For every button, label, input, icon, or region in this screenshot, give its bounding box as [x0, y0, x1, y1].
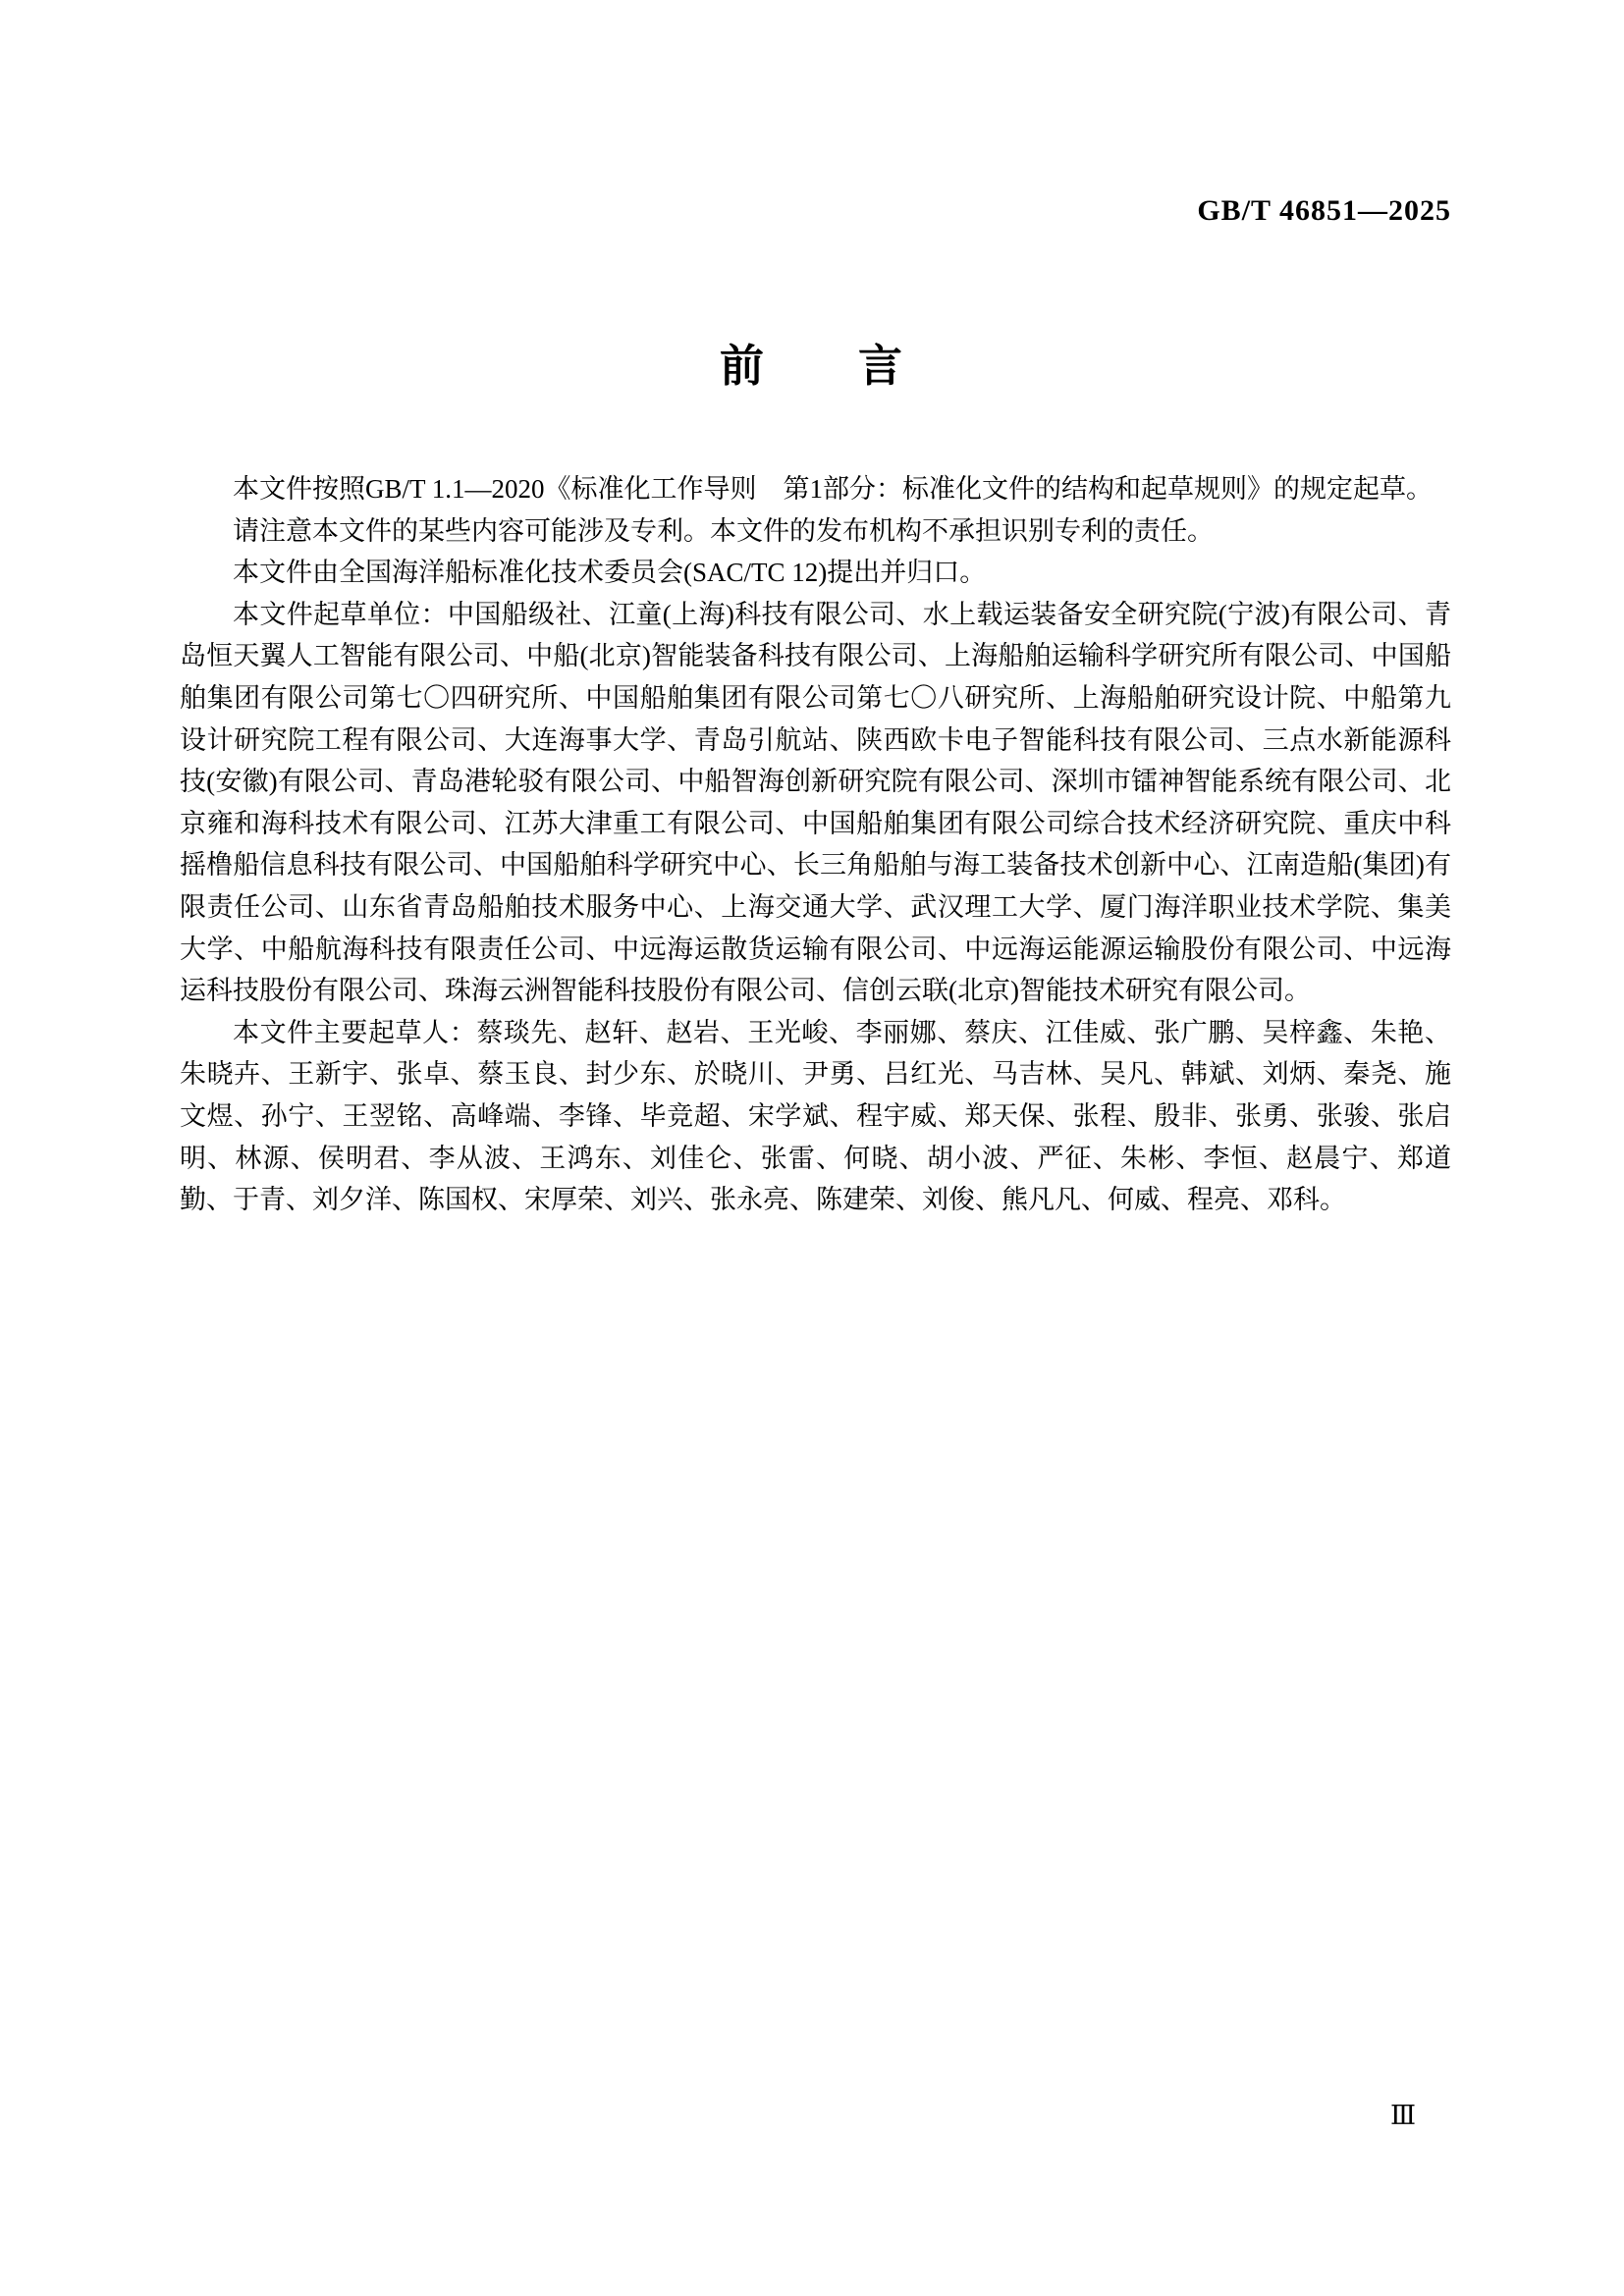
- paragraph-patent-notice: 请注意本文件的某些内容可能涉及专利。本文件的发布机构不承担识别专利的责任。: [180, 510, 1451, 553]
- foreword-content: 本文件按照GB/T 1.1—2020《标准化工作导则 第1部分：标准化文件的结构…: [180, 468, 1451, 1221]
- paragraph-drafting-basis: 本文件按照GB/T 1.1—2020《标准化工作导则 第1部分：标准化文件的结构…: [180, 468, 1451, 510]
- page-number: Ⅲ: [1390, 2101, 1416, 2131]
- paragraph-drafting-organizations: 本文件起草单位：中国船级社、江童(上海)科技有限公司、水上载运装备安全研究院(宁…: [180, 594, 1451, 1012]
- paragraph-main-drafters: 本文件主要起草人：蔡琰先、赵轩、赵岩、王光峻、李丽娜、蔡庆、江佳威、张广鹏、吴梓…: [180, 1012, 1451, 1221]
- standard-code: GB/T 46851—2025: [1197, 194, 1451, 228]
- document-page: GB/T 46851—2025 前 言 本文件按照GB/T 1.1—2020《标…: [0, 0, 1624, 2296]
- paragraph-issuing-committee: 本文件由全国海洋船标准化技术委员会(SAC/TC 12)提出并归口。: [180, 552, 1451, 594]
- page-title: 前 言: [0, 330, 1624, 394]
